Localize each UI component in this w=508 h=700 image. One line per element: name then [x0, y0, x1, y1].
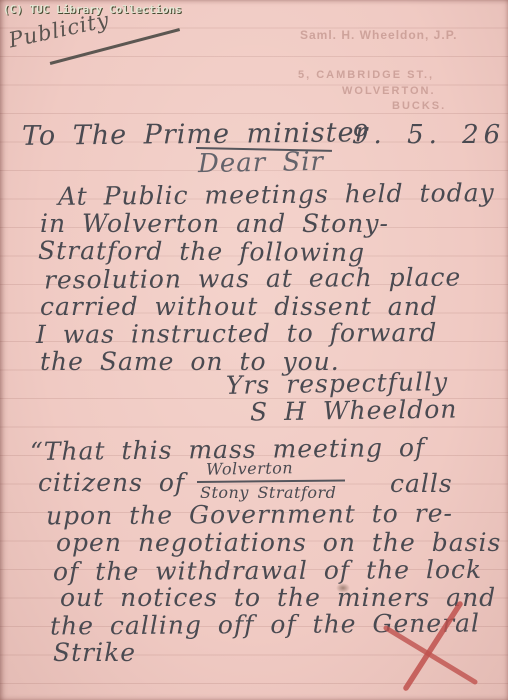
body-line: At Public meetings held today — [58, 180, 495, 209]
recipient-line: To The Prime minister — [22, 119, 369, 150]
letter-scan: (C) TUC Library Collections Publicity Sa… — [0, 0, 508, 700]
body-line: carried without dissent and — [40, 294, 438, 319]
letterhead-address-line: 5, CAMBRIDGE ST., — [298, 69, 434, 81]
signature: S H Wheeldon — [250, 397, 458, 425]
body-line: in Wolverton and Stony- — [40, 211, 389, 236]
resolution-line: open negotiations on the basis — [56, 530, 501, 555]
resolution-line: calls — [390, 471, 453, 496]
resolution-line: of the withdrawal of the lock — [53, 557, 482, 584]
resolution-line: upon the Government to re- — [46, 501, 453, 529]
insertion-above: Wolverton — [206, 460, 293, 478]
red-cross-mark — [378, 596, 496, 696]
resolution-line: Strike — [53, 640, 136, 665]
body-line: Stratford the following — [38, 238, 365, 265]
ink-smudge — [336, 583, 350, 593]
letterhead-address-line: BUCKS. — [392, 100, 446, 112]
salutation: Dear Sir — [198, 149, 324, 177]
closing: Yrs respectfully — [226, 369, 449, 398]
body-line: I was instructed to forward — [36, 320, 437, 347]
letterhead-address-line: WOLVERTON. — [342, 85, 436, 97]
date: 9. 5. 26 — [352, 122, 505, 148]
resolution-line: citizens of — [38, 470, 185, 495]
letterhead-name: Saml. H. Wheeldon, J.P. — [300, 28, 457, 42]
body-line: resolution was at each place — [44, 265, 461, 293]
